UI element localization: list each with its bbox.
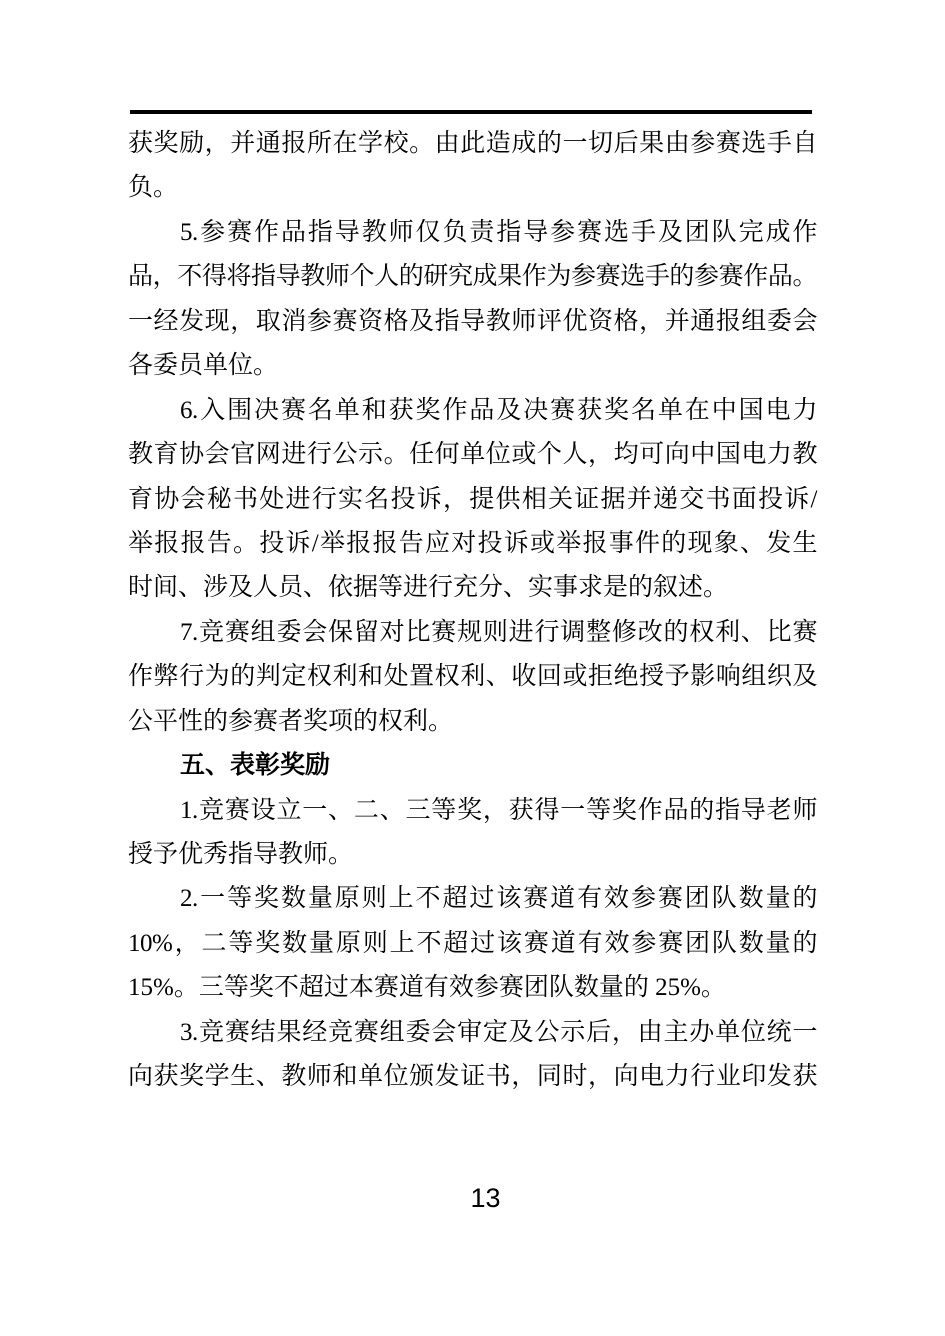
text-line: 教育协会官网进行公示。任何单位或个人，均可向中国电力教 (128, 433, 817, 477)
text-line: 育协会秘书处进行实名投诉，提供相关证据并递交书面投诉/ (128, 478, 817, 522)
text-line: 15%。三等奖不超过本赛道有效参赛团队数量的 25%。 (128, 966, 817, 1010)
document-body: 获奖励，并通报所在学校。由此造成的一切后果由参赛选手自负。5.参赛作品指导教师仅… (128, 122, 817, 1100)
text-line: 作弊行为的判定权利和处置权利、收回或拒绝授予影响组织及 (128, 655, 817, 699)
text-line: 公平性的参赛者奖项的权利。 (128, 700, 817, 744)
text-line: 品，不得将指导教师个人的研究成果作为参赛选手的参赛作品。 (128, 255, 817, 299)
text-line: 2.一等奖数量原则上不超过该赛道有效参赛团队数量的 (128, 877, 817, 921)
text-line: 7.竞赛组委会保留对比赛规则进行调整修改的权利、比赛 (128, 611, 817, 655)
header-rule (130, 110, 812, 114)
text-line: 负。 (128, 166, 817, 210)
text-line: 获奖励，并通报所在学校。由此造成的一切后果由参赛选手自 (128, 122, 817, 166)
text-line: 各委员单位。 (128, 344, 817, 388)
text-line: 3.竞赛结果经竞赛组委会审定及公示后，由主办单位统一 (128, 1011, 817, 1055)
text-line: 6.入围决赛名单和获奖作品及决赛获奖名单在中国电力 (128, 389, 817, 433)
text-line: 向获奖学生、教师和单位颁发证书，同时，向电力行业印发获 (128, 1055, 817, 1099)
text-line: 10%，二等奖数量原则上不超过该赛道有效参赛团队数量的 (128, 922, 817, 966)
text-line: 时间、涉及人员、依据等进行充分、实事求是的叙述。 (128, 566, 817, 610)
text-line: 1.竞赛设立一、二、三等奖，获得一等奖作品的指导老师 (128, 789, 817, 833)
text-line: 授予优秀指导教师。 (128, 833, 817, 877)
text-line: 5.参赛作品指导教师仅负责指导参赛选手及团队完成作 (128, 211, 817, 255)
page-number: 13 (0, 1182, 945, 1214)
text-line: 一经发现，取消参赛资格及指导教师评优资格，并通报组委会 (128, 300, 817, 344)
document-page: 获奖励，并通报所在学校。由此造成的一切后果由参赛选手自负。5.参赛作品指导教师仅… (0, 0, 945, 1336)
text-line: 举报报告。投诉/举报报告应对投诉或举报事件的现象、发生 (128, 522, 817, 566)
section-heading: 五、表彰奖励 (128, 744, 817, 788)
